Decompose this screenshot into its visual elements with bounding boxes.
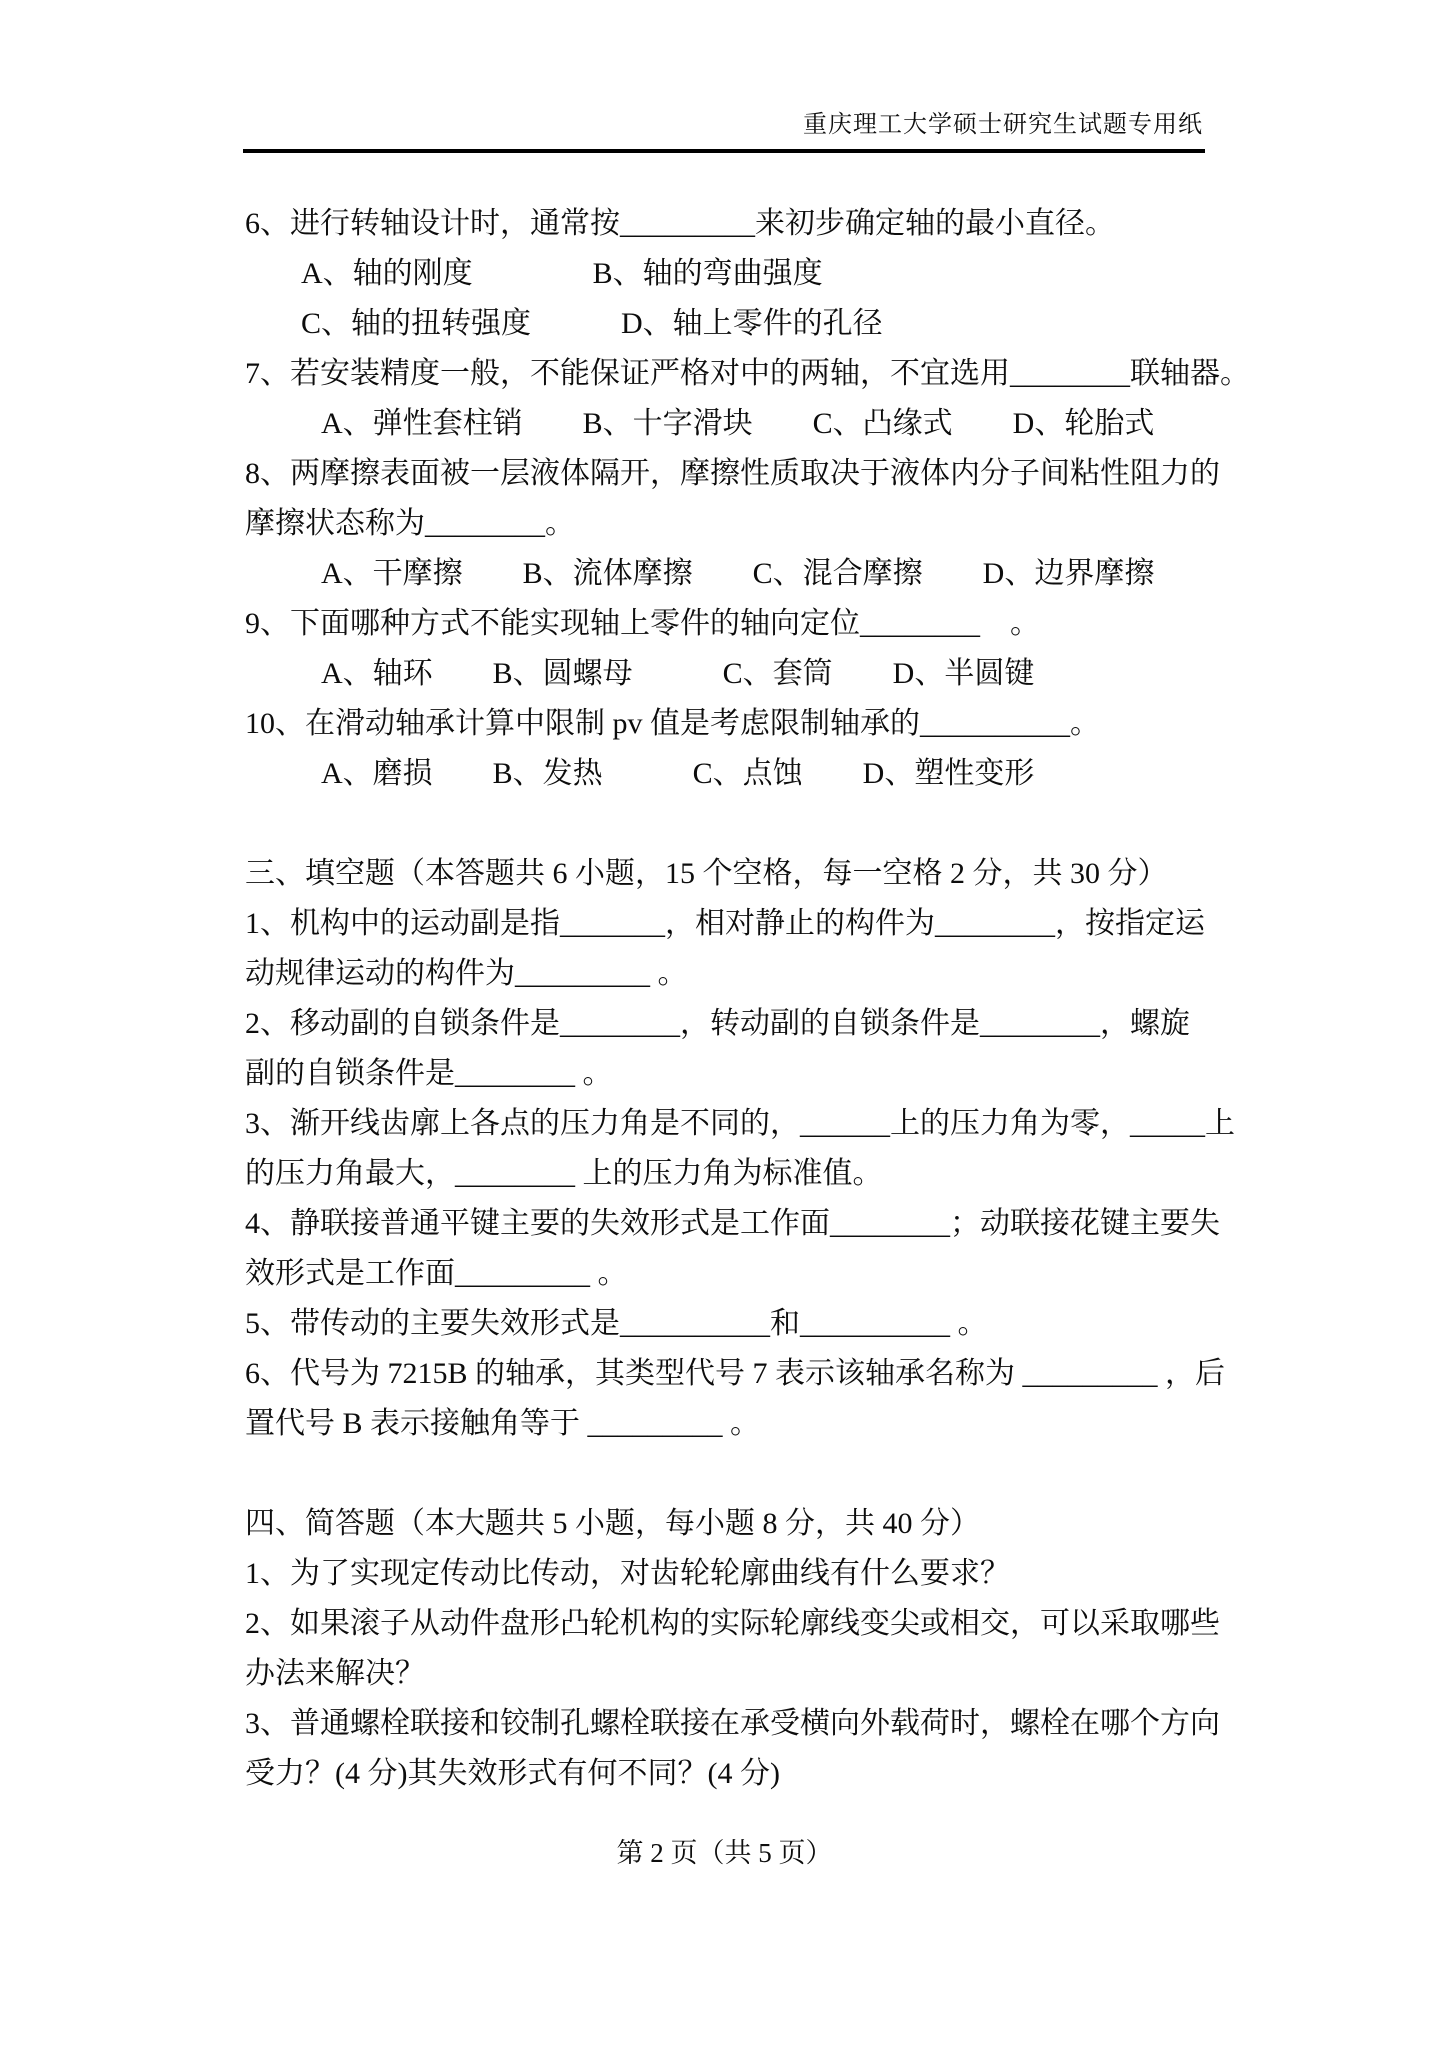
fill-q4-line1: 4、静联接普通平键主要的失效形式是工作面________；动联接花键主要失 (245, 1199, 1449, 1249)
mc-q10-options-row: A、磨损 B、发热 C、点蚀 D、塑性变形 (245, 749, 1449, 799)
mc-q9-options-row: A、轴环 B、圆螺母 C、套筒 D、半圆键 (245, 649, 1449, 699)
mc-q6-stem: 6、进行转轴设计时，通常按_________来初步确定轴的最小直径。 (245, 199, 1449, 249)
header-title: 重庆理工大学硕士研究生试题专用纸 (803, 112, 1203, 138)
mc-q8-stem-line1: 8、两摩擦表面被一层液体隔开，摩擦性质取决于液体内分子间粘性阻力的 (245, 449, 1449, 499)
mc-q8-options-row: A、干摩擦 B、流体摩擦 C、混合摩擦 D、边界摩擦 (245, 549, 1449, 599)
mc-q7-options-row: A、弹性套柱销 B、十字滑块 C、凸缘式 D、轮胎式 (245, 399, 1449, 449)
short-q2-line1: 2、如果滚子从动件盘形凸轮机构的实际轮廓线变尖或相交，可以采取哪些 (245, 1599, 1449, 1649)
mc-q6-options-row1: A、轴的刚度 B、轴的弯曲强度 (245, 249, 1449, 299)
fill-q1-line1: 1、机构中的运动副是指_______，相对静止的构件为________，按指定运 (245, 899, 1449, 949)
mc-q7-stem: 7、若安装精度一般，不能保证严格对中的两轴，不宜选用________联轴器。 (245, 349, 1449, 399)
page-header: 重庆理工大学硕士研究生试题专用纸 (0, 0, 1449, 141)
mc-q6-options-row2: C、轴的扭转强度 D、轴上零件的孔径 (245, 299, 1449, 349)
fill-q3-line2: 的压力角最大，________ 上的压力角为标准值。 (245, 1149, 1449, 1199)
mc-q8-stem-line2: 摩擦状态称为________。 (245, 499, 1449, 549)
fill-q2-line1: 2、移动副的自锁条件是________，转动副的自锁条件是________，螺旋 (245, 999, 1449, 1049)
fill-q5-line: 5、带传动的主要失效形式是__________和__________ 。 (245, 1299, 1449, 1349)
fill-q6-line1: 6、代号为 7215B 的轴承，其类型代号 7 表示该轴承名称为 _______… (245, 1349, 1449, 1399)
fill-q3-line1: 3、渐开线齿廓上各点的压力角是不同的，______上的压力角为零，_____上 (245, 1099, 1449, 1149)
fill-q2-line2: 副的自锁条件是________ 。 (245, 1049, 1449, 1099)
short-section-heading: 四、简答题（本大题共 5 小题，每小题 8 分，共 40 分） (245, 1499, 1449, 1549)
short-q3-line1: 3、普通螺栓联接和铰制孔螺栓联接在承受横向外载荷时，螺栓在哪个方向 (245, 1699, 1449, 1749)
short-q2-line2: 办法来解决？ (245, 1649, 1449, 1699)
short-q3-line2: 受力？(4 分)其失效形式有何不同？(4 分) (245, 1749, 1449, 1799)
mc-q9-stem: 9、下面哪种方式不能实现轴上零件的轴向定位________ 。 (245, 599, 1449, 649)
short-q1-line: 1、为了实现定传动比传动，对齿轮轮廓曲线有什么要求？ (245, 1549, 1449, 1599)
page-footer: 第 2 页（共 5 页） (0, 1836, 1449, 1870)
fill-q6-line2: 置代号 B 表示接触角等于 _________ 。 (245, 1399, 1449, 1449)
exam-content: 6、进行转轴设计时，通常按_________来初步确定轴的最小直径。 A、轴的刚… (0, 153, 1449, 1799)
fill-q4-line2: 效形式是工作面_________ 。 (245, 1249, 1449, 1299)
exam-page: 重庆理工大学硕士研究生试题专用纸 6、进行转轴设计时，通常按_________来… (0, 0, 1449, 2046)
mc-q10-stem: 10、在滑动轴承计算中限制 pv 值是考虑限制轴承的__________。 (245, 699, 1449, 749)
fill-q1-line2: 动规律运动的构件为_________ 。 (245, 949, 1449, 999)
footer-page-number: 第 2 页（共 5 页） (617, 1838, 833, 1868)
fill-section-heading: 三、填空题（本答题共 6 小题，15 个空格，每一空格 2 分，共 30 分） (245, 849, 1449, 899)
